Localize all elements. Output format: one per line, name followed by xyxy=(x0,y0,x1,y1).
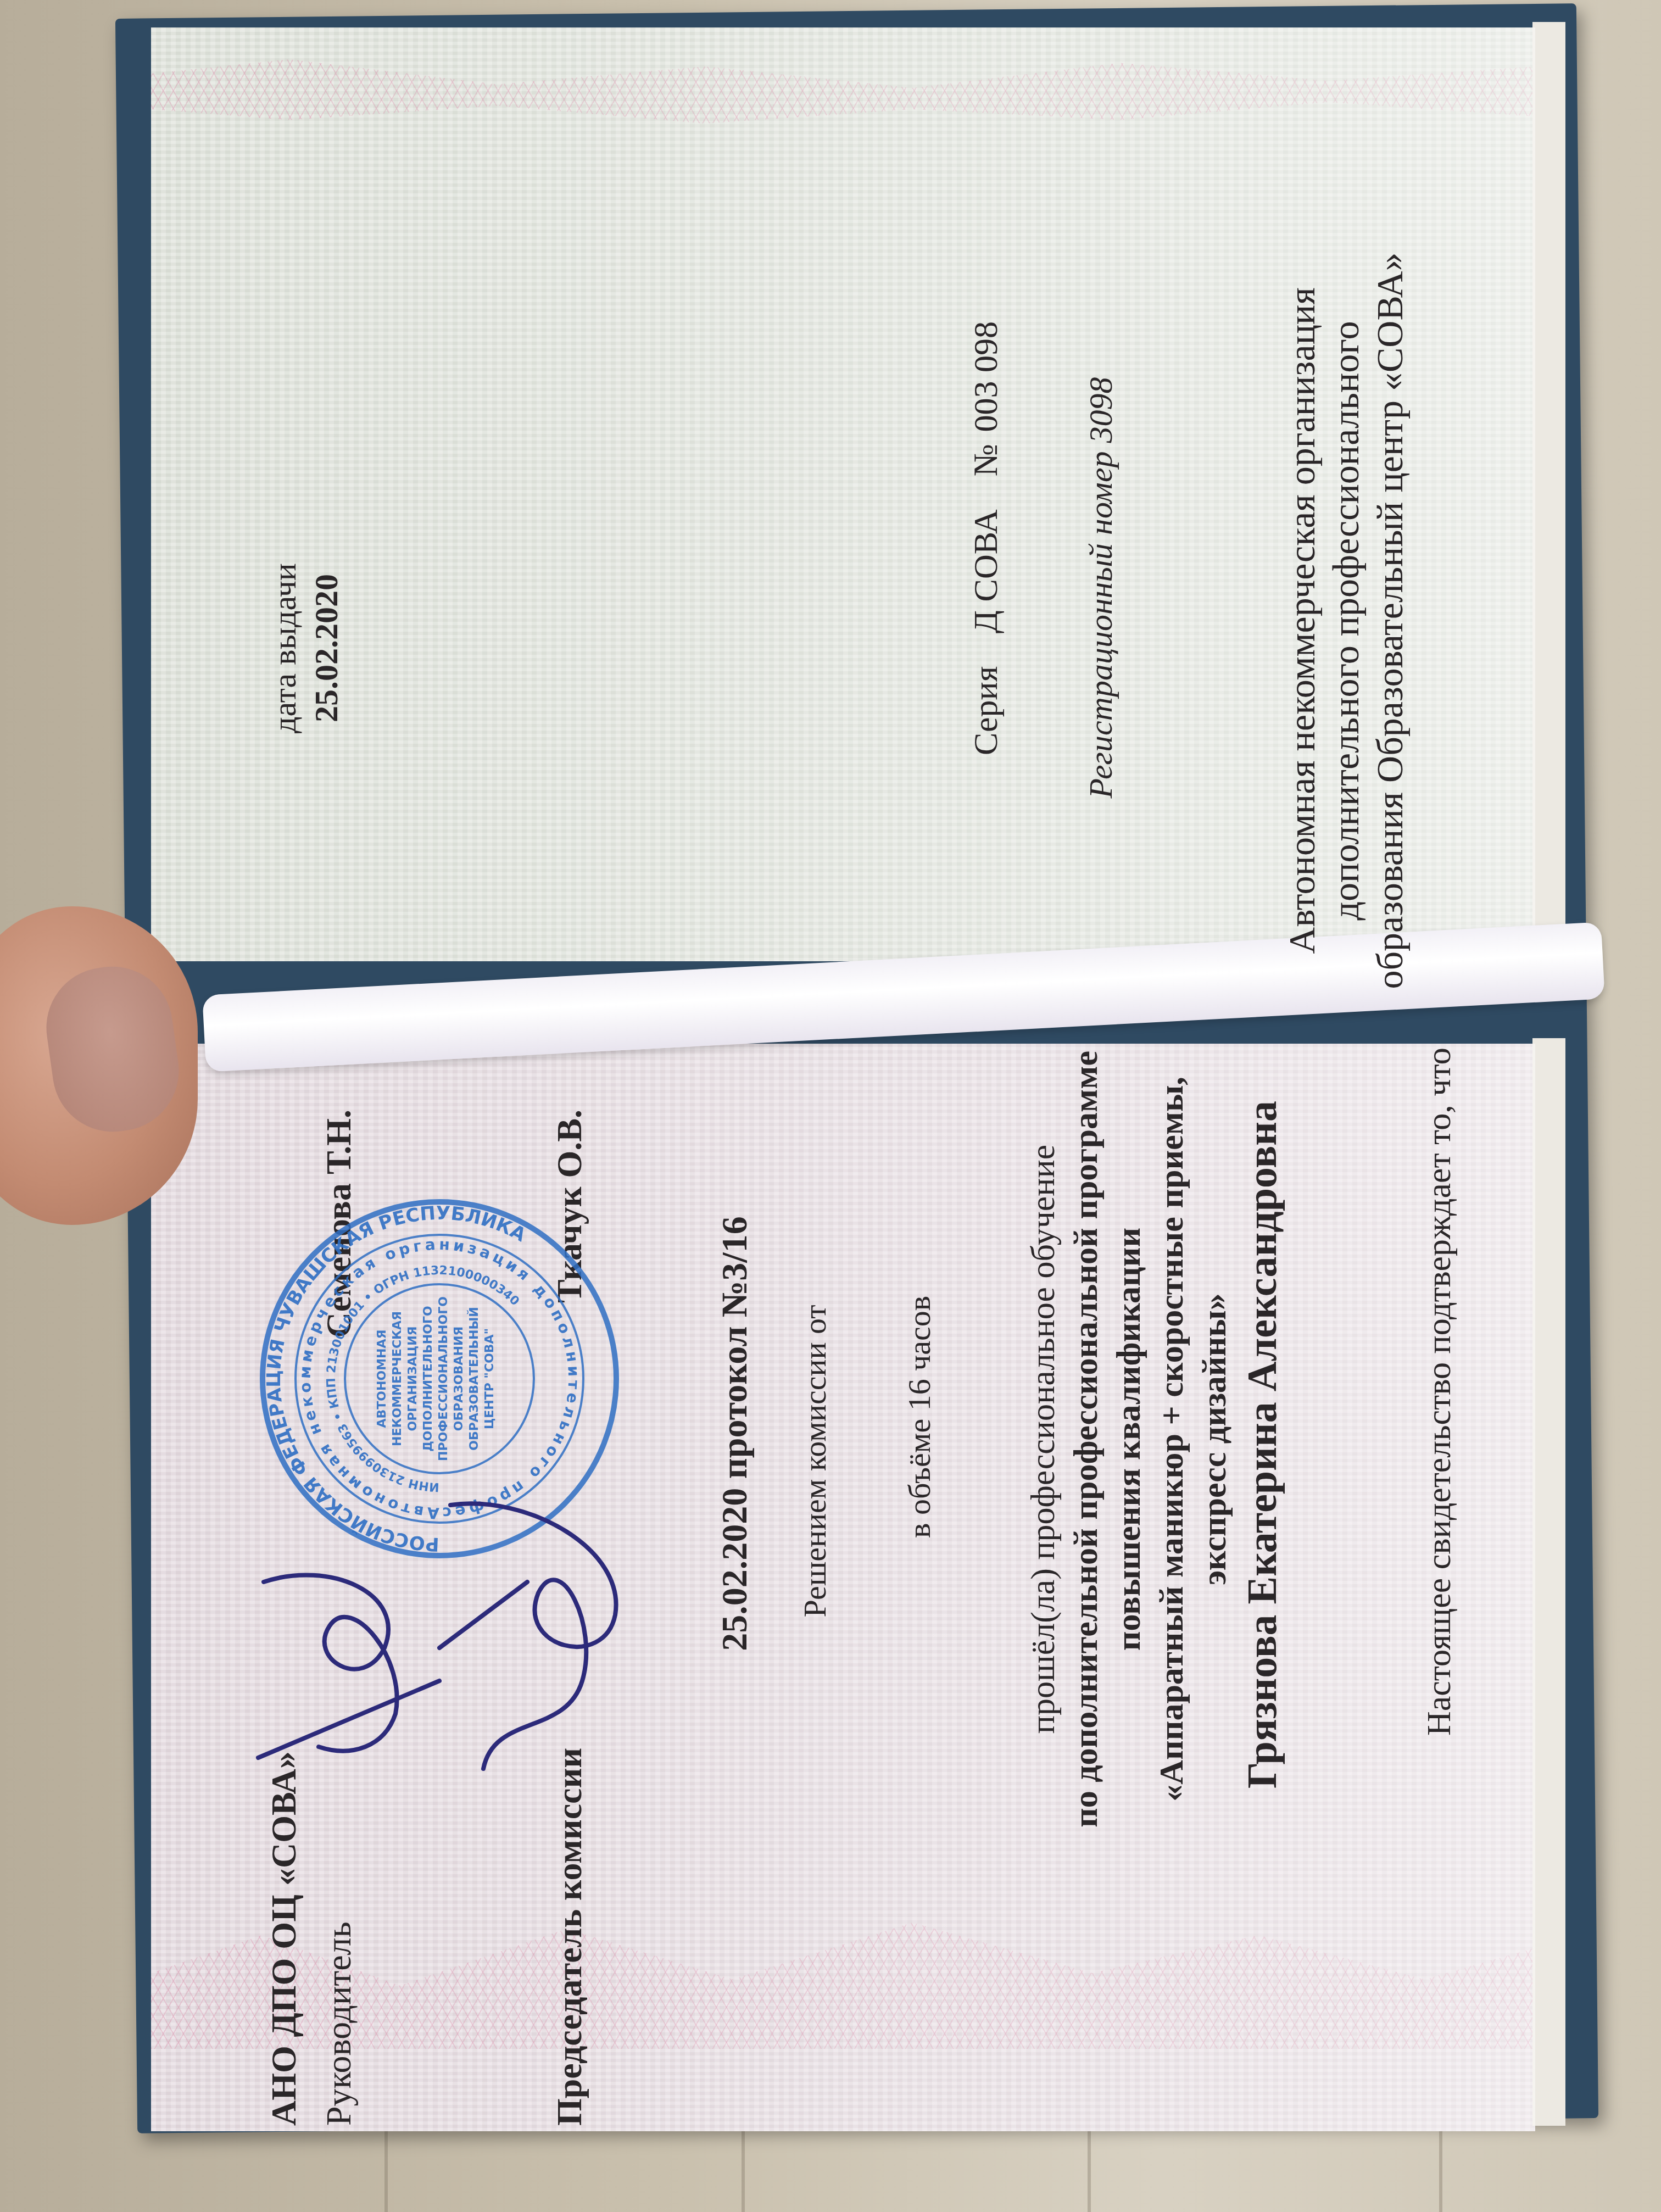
program-line: по дополнительной профессиональной прогр… xyxy=(1064,1051,1107,1827)
program-title: «Аппаратный маникюр + скоростные приемы, xyxy=(1150,1077,1193,1802)
stamp-center-line: АВТОНОМНАЯ xyxy=(375,1330,389,1428)
commission-decision-label: Решением комиссии от xyxy=(796,1296,833,1626)
org-line: образования Образовательный центр «СОВА» xyxy=(1368,252,1412,989)
series-label: Серия xyxy=(967,666,1005,755)
stamp-center-line: ОРГАНИЗАЦИЯ xyxy=(406,1326,420,1431)
issue-date-label: дата выдачи xyxy=(264,563,305,733)
course-hours: в объёме 16 часов xyxy=(901,1318,938,1538)
org-line: Автономная некоммерческая организация xyxy=(1280,287,1324,954)
protocol-reference: 25.02.2020 протокол №3/16 xyxy=(714,1186,756,1681)
number-label: № xyxy=(967,444,1005,476)
stamp-center-line: НЕКОММЕРЧЕСКАЯ xyxy=(391,1311,404,1446)
chair-signature xyxy=(417,1483,648,1791)
stamp-center-line: ОБРАЗОВАНИЯ xyxy=(452,1327,466,1431)
stamp-center-line: ЦЕНТР "СОВА" xyxy=(483,1328,497,1429)
registration-number: Регистрационный номер 3098 xyxy=(1082,341,1120,835)
program-title: экспресс дизайны» xyxy=(1193,1293,1236,1585)
registration-label: Регистрационный номер xyxy=(1083,451,1119,798)
issue-date: дата выдачи 25.02.2020 xyxy=(264,494,347,802)
program-line: повышения квалификации xyxy=(1107,1228,1150,1651)
certificate-intro: Настоящее свидетельство подтверждает то,… xyxy=(1420,1099,1459,1736)
series-and-number: Серия Д СОВА №003 098 xyxy=(967,291,1006,785)
stamp-center-line: ОБРАЗОВАТЕЛЬНЫЙ xyxy=(467,1307,481,1450)
program-line: прошёл(ла) профессиональное обучение xyxy=(1022,1145,1064,1734)
page-edge xyxy=(1532,1038,1565,2126)
page-edge xyxy=(1532,22,1565,956)
issue-date-value: 25.02.2020 xyxy=(305,574,347,722)
stamp-center-line: ДОПОЛНИТЕЛЬНОГО xyxy=(421,1306,435,1451)
number-value: 003 098 xyxy=(967,321,1005,432)
issuing-organization: Автономная некоммерческая организация до… xyxy=(1280,242,1412,1000)
head-label: Руководитель xyxy=(319,1921,359,2126)
org-line: дополнительного профессионального xyxy=(1324,321,1368,920)
holder-name: Грязнова Екатерина Александровна xyxy=(1239,1060,1286,1829)
stamp-center-line: ПРОФЕССИОНАЛЬНОГО xyxy=(437,1296,450,1461)
program-description: прошёл(ла) профессиональное обучение по … xyxy=(1022,1055,1236,1824)
chair-label: Председатель комиссии xyxy=(549,1748,590,2126)
head-signature xyxy=(242,1549,450,1769)
series-value: Д СОВА xyxy=(967,509,1005,633)
guilloche-pattern xyxy=(151,52,1535,124)
registration-value: 3098 xyxy=(1083,377,1119,443)
